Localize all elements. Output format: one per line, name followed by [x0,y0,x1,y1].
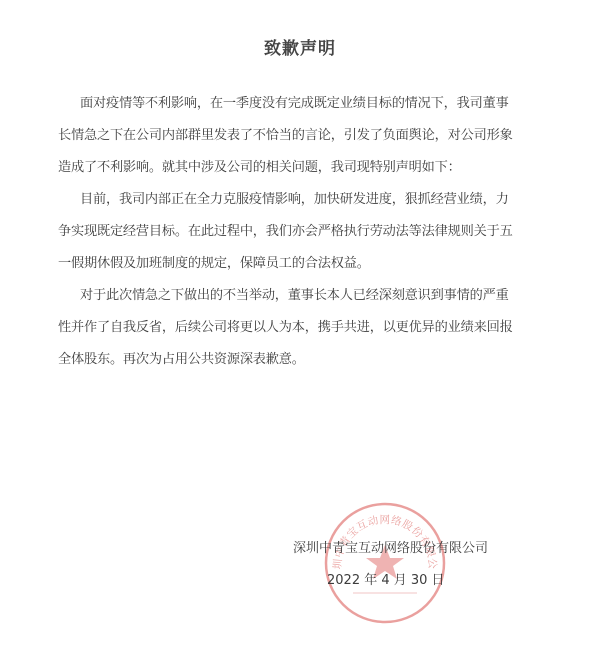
text-line: 目前，我司内部正在全力克服疫情影响，加快研发进度，狠抓经营业绩，力 [58,184,434,216]
text-line: 对于此次情急之下做出的不当举动，董事长本人已经深刻意识到事情的严重 [58,280,434,312]
paragraph-2: 目前，我司内部正在全力克服疫情影响，加快研发进度，狠抓经营业绩，力 争实现既定经… [58,184,434,280]
document-title: 致歉声明 [0,34,600,59]
paragraph-1: 面对疫情等不利影响，在一季度没有完成既定业绩目标的情况下，我司董事 长情急之下在… [58,88,434,184]
signature-date: 2022 年 4 月 30 日 [327,569,445,588]
text-line: 一假期休假及加班制度的规定，保障员工的合法权益。 [58,248,434,280]
text-line: 性并作了自我反省，后续公司将更以人为本，携手共进，以更优异的业绩来回报 [58,312,434,344]
text-line: 全体股东。再次为占用公共资源深表歉意。 [58,344,434,376]
company-seal-icon: 深圳中青宝互动网络股份有限公司 [323,501,447,625]
text-line: 面对疫情等不利影响，在一季度没有完成既定业绩目标的情况下，我司董事 [58,88,434,120]
paragraph-3: 对于此次情急之下做出的不当举动，董事长本人已经深刻意识到事情的严重 性并作了自我… [58,280,434,376]
text-line: 争实现既定经营目标。在此过程中，我们亦会严格执行劳动法等法律规则关于五 [58,216,434,248]
text-line: 长情急之下在公司内部群里发表了不恰当的言论，引发了负面舆论，对公司形象 [58,120,434,152]
text-line: 造成了不利影响。就其中涉及公司的相关问题，我司现特别声明如下： [58,152,434,184]
signature-company: 深圳中青宝互动网络股份有限公司 [293,537,488,556]
